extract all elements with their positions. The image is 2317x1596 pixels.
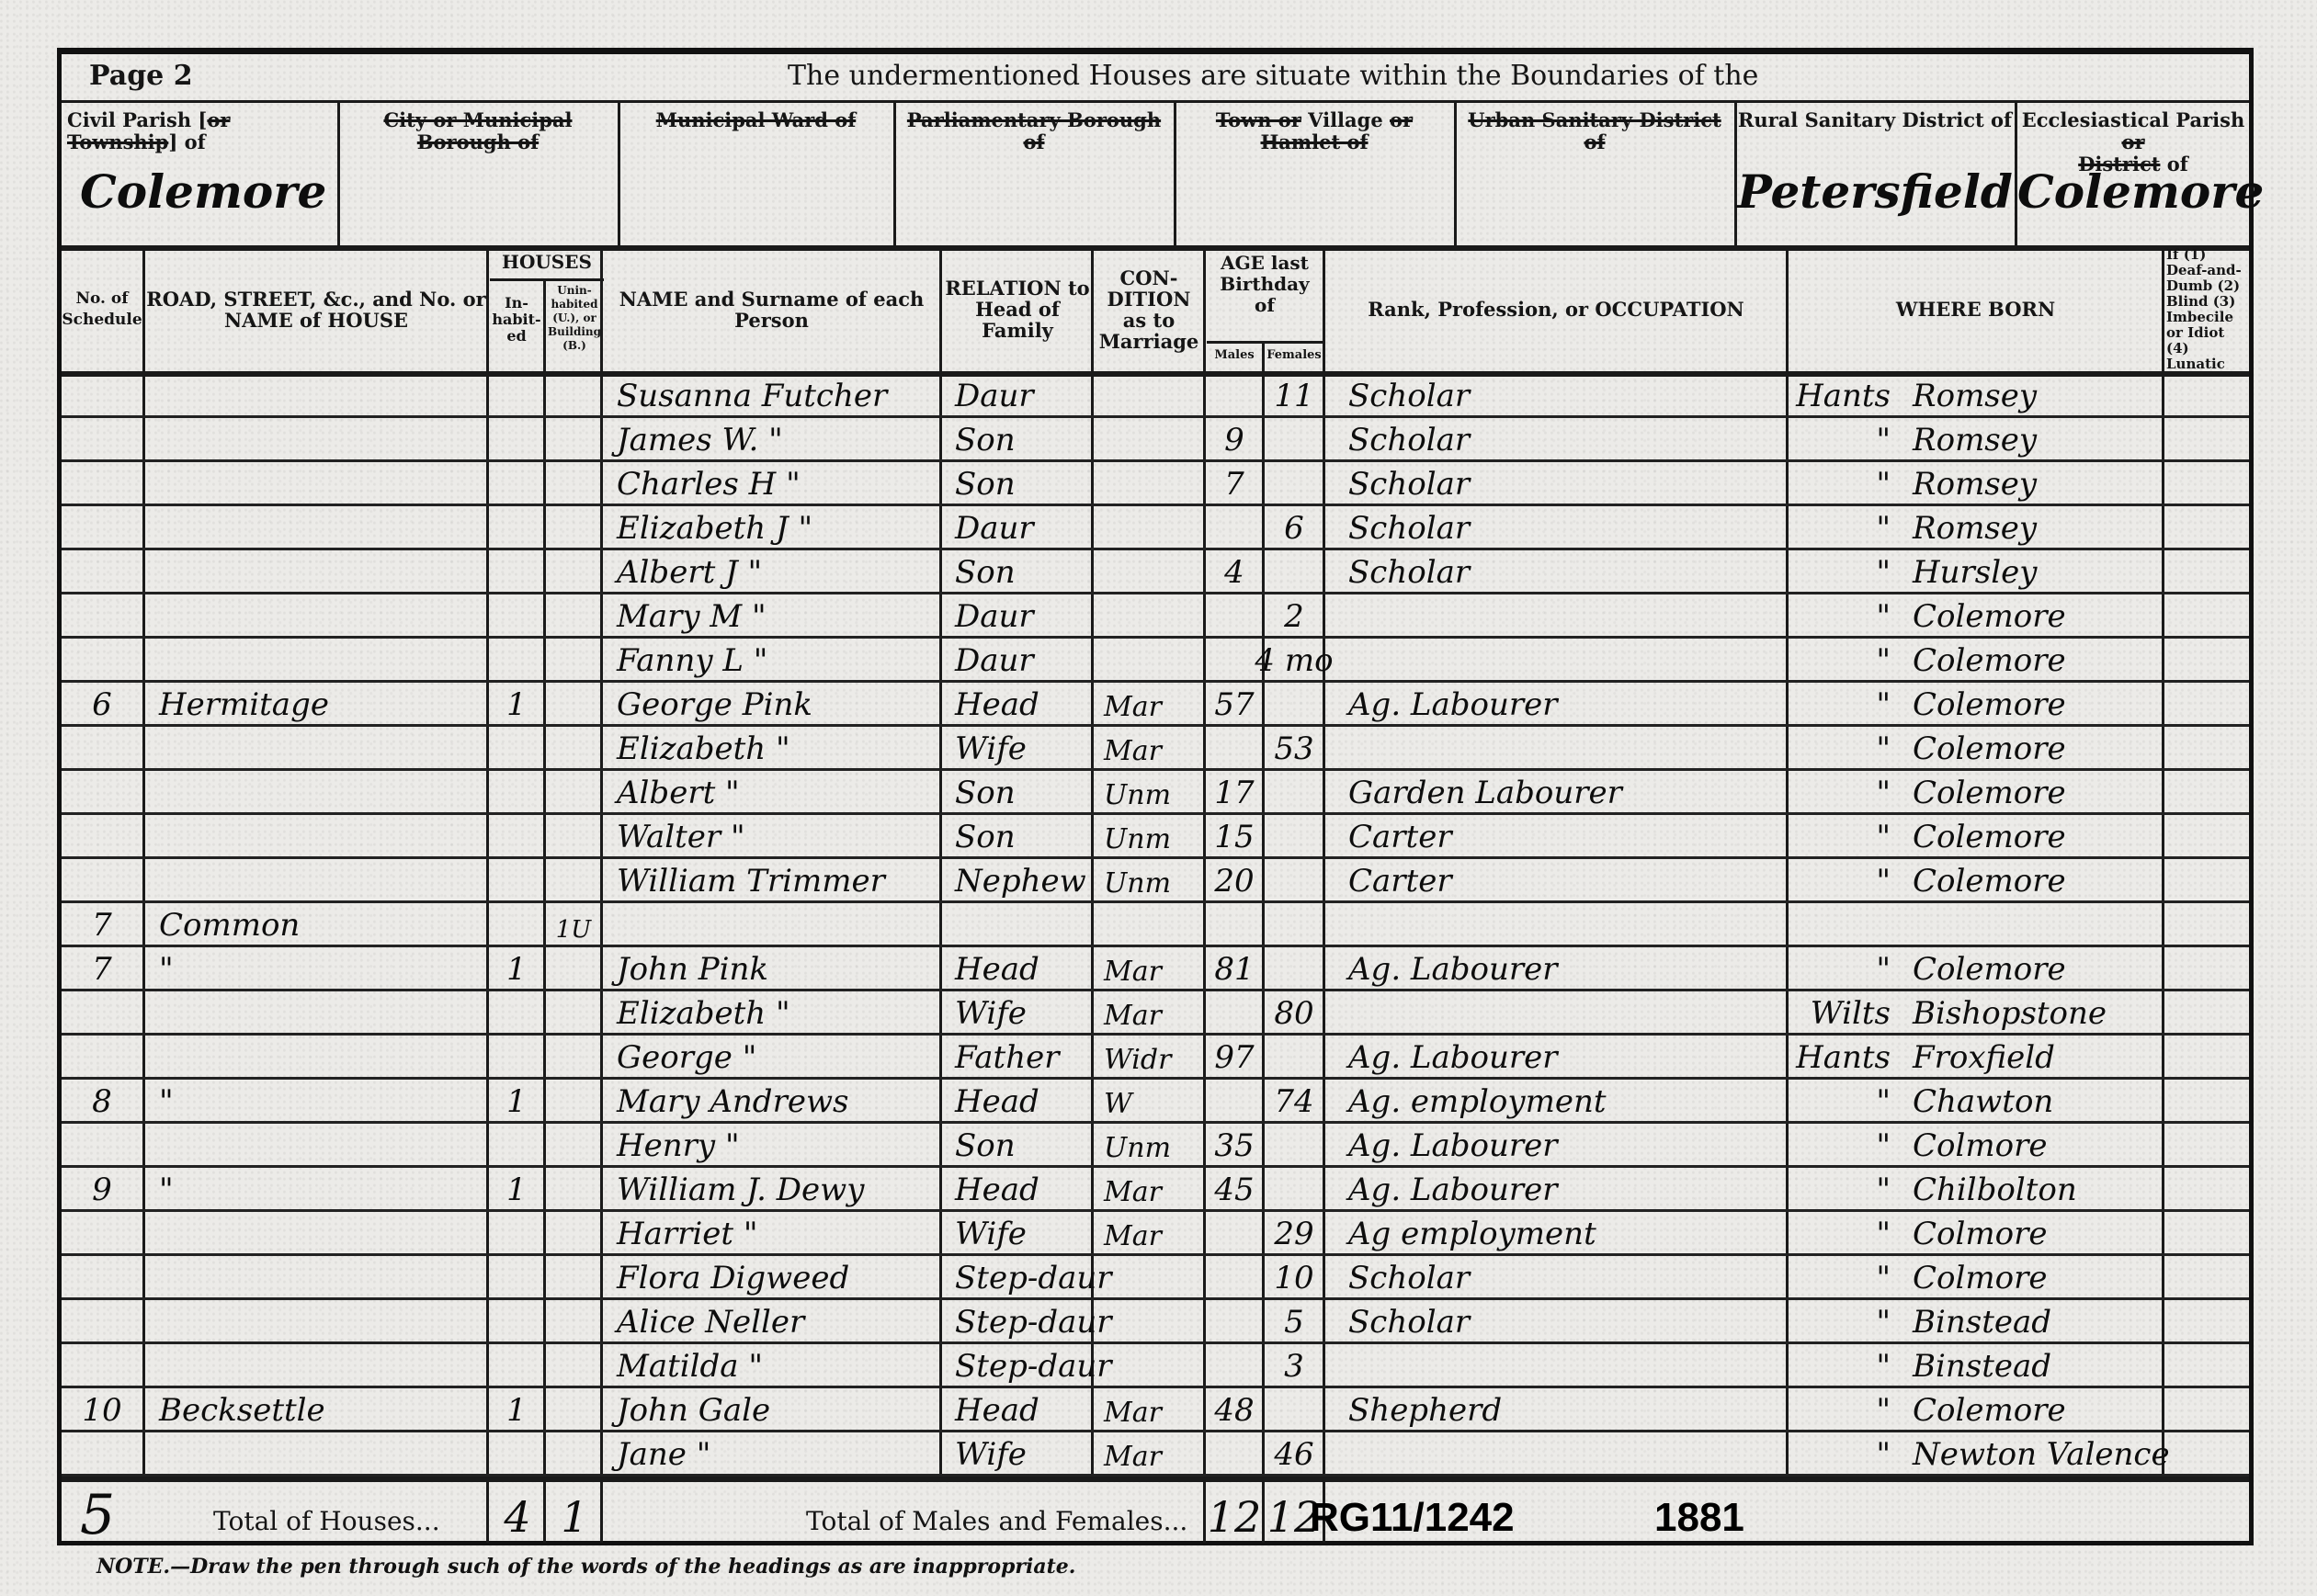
house-name	[146, 1212, 486, 1256]
house-name	[146, 859, 486, 903]
table-row: 7 Common 1U	[62, 903, 2249, 947]
house-name	[146, 1036, 486, 1080]
female-age	[1266, 1168, 1323, 1212]
ecclesiastical-parish-value: Colemore	[2017, 164, 2249, 219]
relation: Head	[944, 1168, 1091, 1212]
uninhabited-count	[547, 815, 600, 859]
infirmity	[2166, 462, 2249, 506]
male-age: 81	[1207, 947, 1262, 991]
female-age	[1266, 418, 1323, 462]
condition: Unm	[1095, 1124, 1203, 1168]
uninhabited-count	[547, 1168, 600, 1212]
condition	[1095, 374, 1203, 418]
birth-place	[1900, 903, 2162, 947]
female-age: 46	[1266, 1432, 1323, 1477]
table-row: 10 Becksettle 1 John Gale Head Mar 48 Sh…	[62, 1388, 2249, 1432]
male-age	[1207, 639, 1262, 683]
female-age	[1266, 771, 1323, 815]
uninhabited-count	[547, 506, 600, 550]
male-age: 48	[1207, 1388, 1262, 1432]
table-row: Albert J " Son 4 Scholar " Hursley	[62, 550, 2249, 594]
male-age: 9	[1207, 418, 1262, 462]
birth-place: Newton Valence	[1900, 1432, 2162, 1477]
house-name	[146, 418, 486, 462]
person-name: Matilda "	[604, 1344, 939, 1388]
female-age	[1266, 859, 1323, 903]
condition: Mar	[1095, 1212, 1203, 1256]
infirmity	[2166, 1124, 2249, 1168]
table-row: 6 Hermitage 1 George Pink Head Mar 57 Ag…	[62, 683, 2249, 727]
male-age	[1207, 506, 1262, 550]
table-row: Albert " Son Unm 17 Garden Labourer " Co…	[62, 771, 2249, 815]
uninhabited-count	[547, 1432, 600, 1477]
uninhabited-count	[547, 550, 600, 594]
ecclesiastical-parish-box: Ecclesiastical Parish orDistrict of Cole…	[2017, 100, 2249, 247]
uninhabited-count	[547, 1256, 600, 1300]
relation: Son	[944, 815, 1091, 859]
person-name: Flora Digweed	[604, 1256, 939, 1300]
birth-place: Colemore	[1900, 639, 2162, 683]
table-row: Harriet " Wife Mar 29 Ag employment " Co…	[62, 1212, 2249, 1256]
occupation: Ag employment	[1326, 1212, 1786, 1256]
person-name: Elizabeth "	[604, 991, 939, 1036]
infirmity	[2166, 506, 2249, 550]
house-name	[146, 639, 486, 683]
occupation: Scholar	[1326, 506, 1786, 550]
birth-place: Bishopstone	[1900, 991, 2162, 1036]
schedule-number	[62, 594, 142, 639]
inhabited-count	[490, 1124, 543, 1168]
birth-county: "	[1789, 462, 1900, 506]
footnote: NOTE.—Draw the pen through such of the w…	[97, 1555, 1075, 1579]
person-name: Albert "	[604, 771, 939, 815]
birth-county: Wilts	[1789, 991, 1900, 1036]
relation: Wife	[944, 1432, 1091, 1477]
male-age	[1207, 1212, 1262, 1256]
condition: Mar	[1095, 947, 1203, 991]
birth-place: Hursley	[1900, 550, 2162, 594]
birth-place: Colemore	[1900, 1388, 2162, 1432]
col-header-relation: RELATION to Head of Family	[944, 247, 1091, 371]
male-age	[1207, 1344, 1262, 1388]
male-age: 57	[1207, 683, 1262, 727]
col-header-age: AGE last Birthday of	[1207, 253, 1323, 316]
infirmity	[2166, 374, 2249, 418]
col-header-name: NAME and Surname of each Person	[604, 247, 939, 371]
infirmity	[2166, 1036, 2249, 1080]
male-age	[1207, 594, 1262, 639]
infirmity	[2166, 1432, 2249, 1477]
schedule-number	[62, 815, 142, 859]
table-row: Elizabeth " Wife Mar 80 Wilts Bishopston…	[62, 991, 2249, 1036]
condition	[1095, 1256, 1203, 1300]
divider	[490, 278, 604, 281]
occupation	[1326, 727, 1786, 771]
house-name: Hermitage	[146, 683, 486, 727]
schedule-number	[62, 374, 142, 418]
condition	[1095, 506, 1203, 550]
condition: Mar	[1095, 1388, 1203, 1432]
male-age: 97	[1207, 1036, 1262, 1080]
table-row: Elizabeth " Wife Mar 53 " Colemore	[62, 727, 2249, 771]
civil-parish-value: Colemore	[62, 164, 337, 219]
birth-county: "	[1789, 594, 1900, 639]
house-name	[146, 815, 486, 859]
table-row: James W. " Son 9 Scholar " Romsey	[62, 418, 2249, 462]
inhabited-count: 1	[490, 947, 543, 991]
uninhabited-count	[547, 1080, 600, 1124]
schedule-number	[62, 1344, 142, 1388]
birth-county: "	[1789, 727, 1900, 771]
female-age	[1266, 1124, 1323, 1168]
birth-place: Colemore	[1900, 771, 2162, 815]
female-age	[1266, 947, 1323, 991]
table-row: Walter " Son Unm 15 Carter " Colemore	[62, 815, 2249, 859]
female-age: 2	[1266, 594, 1323, 639]
person-name: Charles H "	[604, 462, 939, 506]
inhabited-count	[490, 903, 543, 947]
birth-place: Romsey	[1900, 506, 2162, 550]
occupation: Ag. Labourer	[1326, 1124, 1786, 1168]
relation: Head	[944, 1388, 1091, 1432]
house-name: "	[146, 947, 486, 991]
male-age: 35	[1207, 1124, 1262, 1168]
birth-county: "	[1789, 1168, 1900, 1212]
relation: Wife	[944, 991, 1091, 1036]
female-age: 10	[1266, 1256, 1323, 1300]
table-row: Charles H " Son 7 Scholar " Romsey	[62, 462, 2249, 506]
person-name: Elizabeth J "	[604, 506, 939, 550]
person-name: Albert J "	[604, 550, 939, 594]
infirmity	[2166, 1344, 2249, 1388]
relation: Head	[944, 1080, 1091, 1124]
infirmity	[2166, 1256, 2249, 1300]
birth-county: "	[1789, 815, 1900, 859]
table-row: 9 " 1 William J. Dewy Head Mar 45 Ag. La…	[62, 1168, 2249, 1212]
relation: Son	[944, 418, 1091, 462]
male-age	[1207, 1080, 1262, 1124]
occupation	[1326, 991, 1786, 1036]
uninhabited-count	[547, 859, 600, 903]
birth-county: "	[1789, 1344, 1900, 1388]
infirmity	[2166, 1300, 2249, 1344]
birth-county: "	[1789, 1212, 1900, 1256]
table-row: Alice Neller Step-daur 5 Scholar " Binst…	[62, 1300, 2249, 1344]
birth-place: Colemore	[1900, 859, 2162, 903]
schedule-number	[62, 418, 142, 462]
col-header-where-born: WHERE BORN	[1789, 247, 2162, 371]
birth-county: "	[1789, 506, 1900, 550]
schedule-number: 9	[62, 1168, 142, 1212]
condition: W	[1095, 1080, 1203, 1124]
birth-county: "	[1789, 1080, 1900, 1124]
inhabited-count: 1	[490, 1388, 543, 1432]
schedule-number	[62, 1124, 142, 1168]
house-name	[146, 1124, 486, 1168]
uninhabited-count	[547, 1124, 600, 1168]
birth-place: Colemore	[1900, 683, 2162, 727]
birth-place: Chawton	[1900, 1080, 2162, 1124]
person-name: George Pink	[604, 683, 939, 727]
total-males: 12	[1207, 1492, 1262, 1542]
uninhabited-count	[547, 1344, 600, 1388]
relation: Son	[944, 550, 1091, 594]
relation: Head	[944, 683, 1091, 727]
male-age: 17	[1207, 771, 1262, 815]
occupation: Ag. employment	[1326, 1080, 1786, 1124]
inhabited-count	[490, 815, 543, 859]
birth-county: "	[1789, 639, 1900, 683]
inhabited-count	[490, 1432, 543, 1477]
person-name: George "	[604, 1036, 939, 1080]
house-name: Common	[146, 903, 486, 947]
occupation: Scholar	[1326, 462, 1786, 506]
male-age	[1207, 903, 1262, 947]
birth-county: Hants	[1789, 1036, 1900, 1080]
municipal-ward-box: Municipal Ward of	[620, 100, 892, 247]
male-age	[1207, 1432, 1262, 1477]
total-persons-label: Total of Males and Females...	[806, 1506, 1187, 1536]
person-name: Harriet "	[604, 1212, 939, 1256]
birth-place: Colmore	[1900, 1256, 2162, 1300]
birth-place: Chilbolton	[1900, 1168, 2162, 1212]
occupation: Carter	[1326, 815, 1786, 859]
occupation: Shepherd	[1326, 1388, 1786, 1432]
household-table: Susanna Futcher Daur 11 Scholar Hants Ro…	[62, 374, 2249, 1477]
table-row: Henry " Son Unm 35 Ag. Labourer " Colmor…	[62, 1124, 2249, 1168]
inhabited-count	[490, 727, 543, 771]
schedule-number	[62, 991, 142, 1036]
uninhabited-count	[547, 1300, 600, 1344]
infirmity	[2166, 1168, 2249, 1212]
col-header-road: ROAD, STREET, &c., and No. or NAME of HO…	[146, 247, 486, 371]
birth-county: "	[1789, 1388, 1900, 1432]
table-row: Fanny L " Daur 4 mo " Colemore	[62, 639, 2249, 683]
birth-place: Binstead	[1900, 1300, 2162, 1344]
inhabited-count	[490, 639, 543, 683]
occupation: Ag. Labourer	[1326, 947, 1786, 991]
col-header-inhabited: In-habit-ed	[490, 295, 543, 345]
col-header-schedule: No. of Schedule	[62, 247, 142, 371]
infirmity	[2166, 771, 2249, 815]
inhabited-count	[490, 550, 543, 594]
inhabited-count	[490, 374, 543, 418]
col-header-males: Males	[1207, 348, 1262, 362]
census-year: 1881	[1654, 1495, 1744, 1541]
condition	[1095, 903, 1203, 947]
uninhabited-count	[547, 462, 600, 506]
infirmity	[2166, 991, 2249, 1036]
schedule-number: 8	[62, 1080, 142, 1124]
condition: Mar	[1095, 991, 1203, 1036]
house-name	[146, 1344, 486, 1388]
schedule-number: 7	[62, 947, 142, 991]
schedule-number	[62, 1212, 142, 1256]
schedule-number: 6	[62, 683, 142, 727]
female-age	[1266, 1388, 1323, 1432]
inhabited-count	[490, 506, 543, 550]
page-title: The undermentioned Houses are situate wi…	[788, 60, 1758, 92]
house-name	[146, 771, 486, 815]
relation: Step-daur	[944, 1344, 1091, 1388]
person-name: John Gale	[604, 1388, 939, 1432]
inhabited-count	[490, 1300, 543, 1344]
house-name	[146, 374, 486, 418]
infirmity	[2166, 1080, 2249, 1124]
infirmity	[2166, 947, 2249, 991]
person-name: Susanna Futcher	[604, 374, 939, 418]
condition	[1095, 418, 1203, 462]
person-name: James W. "	[604, 418, 939, 462]
person-name: Walter "	[604, 815, 939, 859]
person-name	[604, 903, 939, 947]
relation: Step-daur	[944, 1300, 1091, 1344]
female-age: 74	[1266, 1080, 1323, 1124]
uninhabited-count: 1U	[547, 903, 600, 947]
uninhabited-count	[547, 683, 600, 727]
birth-county: "	[1789, 771, 1900, 815]
infirmity	[2166, 639, 2249, 683]
condition: Unm	[1095, 859, 1203, 903]
male-age	[1207, 1256, 1262, 1300]
birth-place: Colmore	[1900, 1212, 2162, 1256]
birth-county: "	[1789, 1300, 1900, 1344]
schedule-number	[62, 550, 142, 594]
inhabited-count	[490, 462, 543, 506]
birth-place: Colmore	[1900, 1124, 2162, 1168]
inhabited-count	[490, 1344, 543, 1388]
inhabited-count	[490, 418, 543, 462]
occupation: Scholar	[1326, 1256, 1786, 1300]
inhabited-count	[490, 859, 543, 903]
occupation: Scholar	[1326, 374, 1786, 418]
relation: Daur	[944, 374, 1091, 418]
col-header-infirmity: If (1) Deaf-and-Dumb (2) Blind (3) Imbec…	[2166, 247, 2249, 371]
schedule-number: 10	[62, 1388, 142, 1432]
divider	[1207, 341, 1323, 344]
infirmity	[2166, 727, 2249, 771]
infirmity	[2166, 903, 2249, 947]
male-age	[1207, 991, 1262, 1036]
female-age: 11	[1266, 374, 1323, 418]
condition: Unm	[1095, 815, 1203, 859]
person-name: William J. Dewy	[604, 1168, 939, 1212]
col-header-females: Females	[1266, 348, 1323, 362]
inhabited-count	[490, 991, 543, 1036]
female-age: 4 mo	[1266, 639, 1323, 683]
table-row: Mary M " Daur 2 " Colemore	[62, 594, 2249, 639]
uninhabited-count	[547, 418, 600, 462]
occupation	[1326, 1344, 1786, 1388]
total-schedules: 5	[80, 1483, 115, 1547]
inhabited-count	[490, 1212, 543, 1256]
condition: Mar	[1095, 727, 1203, 771]
col-header-uninhabited: Unin-habited (U.), or Building (B.)	[547, 284, 602, 353]
occupation: Ag. Labourer	[1326, 1168, 1786, 1212]
occupation: Scholar	[1326, 418, 1786, 462]
page-number: Page 2	[89, 60, 193, 92]
schedule-number	[62, 1256, 142, 1300]
schedule-number	[62, 771, 142, 815]
condition	[1095, 1344, 1203, 1388]
divider	[62, 1477, 2249, 1482]
condition	[1095, 462, 1203, 506]
birth-county	[1789, 903, 1900, 947]
relation: Wife	[944, 1212, 1091, 1256]
occupation: Ag. Labourer	[1326, 1036, 1786, 1080]
male-age: 7	[1207, 462, 1262, 506]
relation: Son	[944, 1124, 1091, 1168]
relation: Son	[944, 771, 1091, 815]
condition	[1095, 550, 1203, 594]
table-row: 8 " 1 Mary Andrews Head W 74 Ag. employm…	[62, 1080, 2249, 1124]
occupation: Ag. Labourer	[1326, 683, 1786, 727]
schedule-number	[62, 727, 142, 771]
table-row: William Trimmer Nephew Unm 20 Carter " C…	[62, 859, 2249, 903]
female-age	[1266, 683, 1323, 727]
schedule-number	[62, 859, 142, 903]
house-name	[146, 1256, 486, 1300]
table-row: Flora Digweed Step-daur 10 Scholar " Col…	[62, 1256, 2249, 1300]
birth-place: Romsey	[1900, 462, 2162, 506]
occupation	[1326, 594, 1786, 639]
occupation: Carter	[1326, 859, 1786, 903]
male-age	[1207, 727, 1262, 771]
condition: Mar	[1095, 683, 1203, 727]
schedule-number	[62, 639, 142, 683]
relation: Head	[944, 947, 1091, 991]
person-name: Mary M "	[604, 594, 939, 639]
female-age: 80	[1266, 991, 1323, 1036]
uninhabited-count	[547, 594, 600, 639]
house-name	[146, 1300, 486, 1344]
birth-county: "	[1789, 1432, 1900, 1477]
person-name: William Trimmer	[604, 859, 939, 903]
birth-place: Binstead	[1900, 1344, 2162, 1388]
condition: Mar	[1095, 1168, 1203, 1212]
condition	[1095, 594, 1203, 639]
birth-place: Romsey	[1900, 374, 2162, 418]
table-row: George " Father Widr 97 Ag. Labourer Han…	[62, 1036, 2249, 1080]
condition: Widr	[1095, 1036, 1203, 1080]
uninhabited-count	[547, 639, 600, 683]
condition	[1095, 1300, 1203, 1344]
female-age	[1266, 462, 1323, 506]
male-age: 4	[1207, 550, 1262, 594]
female-age: 29	[1266, 1212, 1323, 1256]
relation	[944, 903, 1091, 947]
schedule-number	[62, 1300, 142, 1344]
birth-county: "	[1789, 947, 1900, 991]
person-name: Henry "	[604, 1124, 939, 1168]
uninhabited-count	[547, 1036, 600, 1080]
birth-place: Colemore	[1900, 727, 2162, 771]
uninhabited-count	[547, 727, 600, 771]
table-row: Jane " Wife Mar 46 " Newton Valence	[62, 1432, 2249, 1477]
schedule-number: 7	[62, 903, 142, 947]
relation: Son	[944, 462, 1091, 506]
uninhabited-count	[547, 947, 600, 991]
infirmity	[2166, 859, 2249, 903]
relation: Father	[944, 1036, 1091, 1080]
table-row: 7 " 1 John Pink Head Mar 81 Ag. Labourer…	[62, 947, 2249, 991]
person-name: Mary Andrews	[604, 1080, 939, 1124]
village-box: Town or Village orHamlet of	[1176, 100, 1452, 247]
parliamentary-borough-box: Parliamentary Borough of	[896, 100, 1172, 247]
female-age	[1266, 1036, 1323, 1080]
infirmity	[2166, 683, 2249, 727]
house-name	[146, 462, 486, 506]
